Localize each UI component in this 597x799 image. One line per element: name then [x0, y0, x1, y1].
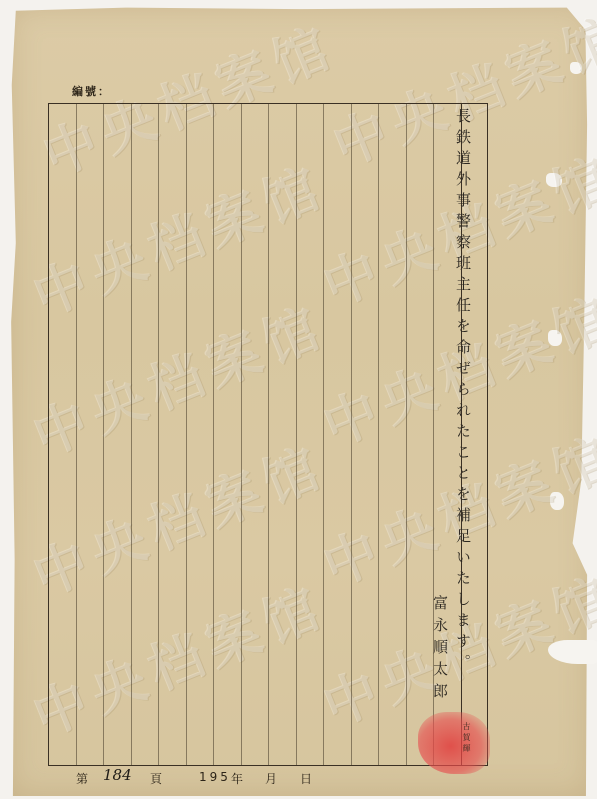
- column-rule: [351, 104, 352, 765]
- column-rule: [296, 104, 297, 765]
- column-rule: [213, 104, 214, 765]
- footer-year-label: 年: [231, 770, 243, 787]
- column-rule: [241, 104, 242, 765]
- column-rule: [268, 104, 269, 765]
- column-rule: [158, 104, 159, 765]
- manuscript-grid: [48, 103, 488, 766]
- footer-year-prefix: 195: [199, 770, 231, 784]
- column-rule: [186, 104, 187, 765]
- red-seal-stamp: [418, 712, 490, 774]
- column-rule: [323, 104, 324, 765]
- footer-month-label: 月: [265, 770, 277, 787]
- footer-page-prefix: 第: [76, 770, 88, 787]
- paper-tear: [550, 492, 564, 510]
- column-rule: [76, 104, 77, 765]
- signature: 富永順太郎: [432, 595, 447, 705]
- serial-number-label: 編號：: [72, 83, 111, 99]
- column-rule: [406, 104, 407, 765]
- column-rule: [103, 104, 104, 765]
- paper-tear: [570, 62, 582, 74]
- main-text: 長鉄道外事警察班主任を命ぜられたことを補足いたします。: [455, 108, 470, 675]
- footer-day-label: 日: [300, 770, 312, 787]
- paper-tear: [546, 173, 562, 187]
- column-rule: [131, 104, 132, 765]
- page-number: 184: [103, 766, 132, 784]
- paper-tear: [548, 330, 562, 346]
- column-rule: [378, 104, 379, 765]
- seal-note: 古賀輝: [461, 722, 472, 755]
- footer-page-suffix: 頁: [150, 770, 162, 787]
